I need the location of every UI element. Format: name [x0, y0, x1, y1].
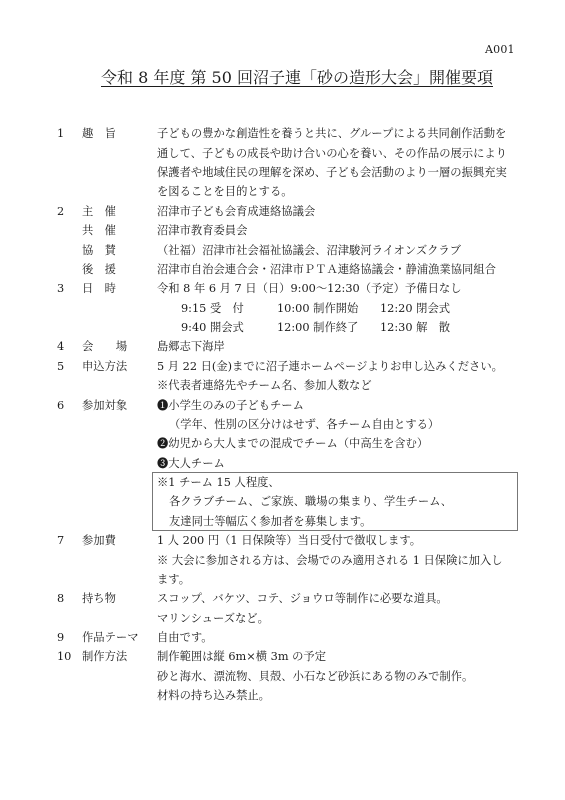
section-fee: 7 参加費 1 人 200 円（1 日保険等）当日受付で徴収します。 ※ 大会に… — [0, 531, 565, 589]
note-line: 友達同士等幅広く参加者を募集します。 — [157, 512, 532, 531]
section-label: 協 賛 — [82, 241, 116, 260]
section-number: 7 — [57, 531, 64, 550]
section-label: 共 催 — [82, 221, 116, 240]
text-line: 5 月 22 日(金)までに沼子連ホームページよりお申し込みください。 — [157, 357, 532, 376]
section-content: 沼津市教育委員会 — [157, 221, 532, 240]
schedule-item: 12:30 解 散 — [380, 318, 450, 337]
section-content: 島郷志下海岸 — [157, 337, 532, 356]
section-content: 沼津市自治会連合会・沼津市ＰＴＡ連絡協議会・静浦漁業協同組合 — [157, 260, 532, 279]
section-supporter: 後 援 沼津市自治会連合会・沼津市ＰＴＡ連絡協議会・静浦漁業協同組合 — [0, 260, 565, 279]
section-label: 制作方法 — [82, 647, 127, 666]
section-content: 5 月 22 日(金)までに沼子連ホームページよりお申し込みください。 ※代表者… — [157, 357, 532, 396]
text-line: 保護者や地域住民の理解を深め、子ども会活動のより一層の振興充実 — [157, 163, 532, 182]
section-number: 8 — [57, 589, 64, 608]
section-label: 参加対象 — [82, 396, 127, 415]
text-line: 制作範囲は縦 6m×横 3m の予定 — [157, 647, 532, 666]
text-line: 砂と海水、漂流物、貝殻、小石など砂浜にある物のみで制作。 — [157, 667, 532, 686]
text-line: （学年、性別の区分けはせず、各チーム自由とする） — [157, 415, 532, 434]
section-content: 1 人 200 円（1 日保険等）当日受付で徴収します。 ※ 大会に参加される方… — [157, 531, 532, 589]
section-number: 2 — [57, 202, 64, 221]
section-number: 9 — [57, 628, 64, 647]
note-box: ※1 チーム 15 人程度、 各クラブチーム、ご家族、職場の集まり、学生チーム、… — [157, 473, 532, 531]
section-datetime: 3 日 時 令和 8 年 6 月 7 日（日）9:00～12:30（予定） 予備… — [0, 279, 565, 337]
section-sponsor: 協 賛 （社福）沼津市社会福祉協議会、沼津駿河ライオンズクラブ — [0, 241, 565, 260]
section-label: 申込方法 — [82, 357, 127, 376]
section-label: 後 援 — [82, 260, 116, 279]
section-content: 沼津市子ども会育成連絡協議会 — [157, 202, 532, 221]
text-line: ❶小学生のみの子どもチーム — [157, 396, 532, 415]
text-line: 材料の持ち込み禁止。 — [157, 686, 532, 705]
schedule-item: 10:00 制作開始 — [277, 299, 358, 318]
section-method: 10 制作方法 制作範囲は縦 6m×横 3m の予定 砂と海水、漂流物、貝殻、小… — [0, 647, 565, 705]
text-line: 沼津市教育委員会 — [157, 221, 532, 240]
text-line: （社福）沼津市社会福祉協議会、沼津駿河ライオンズクラブ — [157, 241, 532, 260]
section-number: 6 — [57, 396, 64, 415]
section-label: 趣 旨 — [82, 124, 116, 143]
text-line: 島郷志下海岸 — [157, 337, 532, 356]
text-line: 通して、子どもの成長や助け合いの心を養い、その作品の展示により — [157, 144, 532, 163]
section-venue: 4 会 場 島郷志下海岸 — [0, 337, 565, 356]
section-co-organizer: 共 催 沼津市教育委員会 — [0, 221, 565, 240]
section-label: 日 時 — [82, 279, 116, 298]
schedule-row: 9:40 開会式 12:00 制作終了 12:30 解 散 — [157, 318, 532, 337]
text-line: 沼津市子ども会育成連絡協議会 — [157, 202, 532, 221]
section-label: 主 催 — [82, 202, 116, 221]
schedule-item: 9:15 受 付 — [181, 299, 244, 318]
section-content: 子どもの豊かな創造性を養うと共に、グループによる共同創作活動を 通して、子どもの… — [157, 124, 532, 202]
section-content: 自由です。 — [157, 628, 532, 647]
section-belongings: 8 持ち物 スコップ、バケツ、コテ、ジョウロ等制作に必要な道具。 マリンシューズ… — [0, 589, 565, 628]
note-line: 各クラブチーム、ご家族、職場の集まり、学生チーム、 — [157, 492, 532, 511]
section-purpose: 1 趣 旨 子どもの豊かな創造性を養うと共に、グループによる共同創作活動を 通し… — [0, 124, 565, 202]
section-eligibility: 6 参加対象 ❶小学生のみの子どもチーム （学年、性別の区分けはせず、各チーム自… — [0, 396, 565, 532]
section-content: スコップ、バケツ、コテ、ジョウロ等制作に必要な道具。 マリンシューズなど。 — [157, 589, 532, 628]
text-line: 子どもの豊かな創造性を養うと共に、グループによる共同創作活動を — [157, 124, 532, 143]
date-line: 令和 8 年 6 月 7 日（日）9:00～12:30（予定） 予備日なし — [157, 279, 532, 298]
section-content: （社福）沼津市社会福祉協議会、沼津駿河ライオンズクラブ — [157, 241, 532, 260]
schedule-item: 12:00 制作終了 — [277, 318, 358, 337]
schedule-row: 9:15 受 付 10:00 制作開始 12:20 閉会式 — [157, 299, 532, 318]
reserve-day-note: 予備日なし — [405, 279, 462, 298]
section-label: 会 場 — [82, 337, 127, 356]
section-label: 持ち物 — [82, 589, 116, 608]
text-line: ※代表者連絡先やチーム名、参加人数など — [157, 376, 532, 395]
schedule-item: 12:20 閉会式 — [380, 299, 450, 318]
text-line: ※ 大会に参加される方は、会場でのみ適用される 1 日保険に加入し — [157, 551, 532, 570]
section-number: 1 — [57, 124, 64, 143]
section-number: 10 — [57, 647, 71, 666]
section-label: 作品テーマ — [82, 628, 139, 647]
text-line: 沼津市自治会連合会・沼津市ＰＴＡ連絡協議会・静浦漁業協同組合 — [157, 260, 532, 279]
document-body: 1 趣 旨 子どもの豊かな創造性を養うと共に、グループによる共同創作活動を 通し… — [0, 124, 565, 705]
section-application: 5 申込方法 5 月 22 日(金)までに沼子連ホームページよりお申し込みくださ… — [0, 357, 565, 396]
section-content: 令和 8 年 6 月 7 日（日）9:00～12:30（予定） 予備日なし 9:… — [157, 279, 532, 337]
section-number: 3 — [57, 279, 64, 298]
text-line: ❷幼児から大人までの混成でチーム（中高生を含む） — [157, 434, 532, 453]
text-line: ます。 — [157, 570, 532, 589]
text-line: を図ることを目的とする。 — [157, 182, 532, 201]
section-content: ❶小学生のみの子どもチーム （学年、性別の区分けはせず、各チーム自由とする） ❷… — [157, 396, 532, 532]
event-date: 令和 8 年 6 月 7 日（日）9:00～12:30（予定） — [157, 282, 405, 295]
section-label: 参加費 — [82, 531, 116, 550]
section-content: 制作範囲は縦 6m×横 3m の予定 砂と海水、漂流物、貝殻、小石など砂浜にある… — [157, 647, 532, 705]
section-organizer: 2 主 催 沼津市子ども会育成連絡協議会 — [0, 202, 565, 221]
section-number: 4 — [57, 337, 64, 356]
text-line: スコップ、バケツ、コテ、ジョウロ等制作に必要な道具。 — [157, 589, 532, 608]
section-theme: 9 作品テーマ 自由です。 — [0, 628, 565, 647]
note-line: ※1 チーム 15 人程度、 — [157, 473, 532, 492]
text-line: ❸大人チーム — [157, 454, 532, 473]
text-line: 自由です。 — [157, 628, 532, 647]
document-id: A001 — [485, 43, 515, 57]
page-title: 令和 8 年度 第 50 回沼子連「砂の造形大会」開催要項 — [101, 69, 463, 87]
text-line: 1 人 200 円（1 日保険等）当日受付で徴収します。 — [157, 531, 532, 550]
section-number: 5 — [57, 357, 64, 376]
text-line: マリンシューズなど。 — [157, 609, 532, 628]
schedule-item: 9:40 開会式 — [181, 318, 244, 337]
